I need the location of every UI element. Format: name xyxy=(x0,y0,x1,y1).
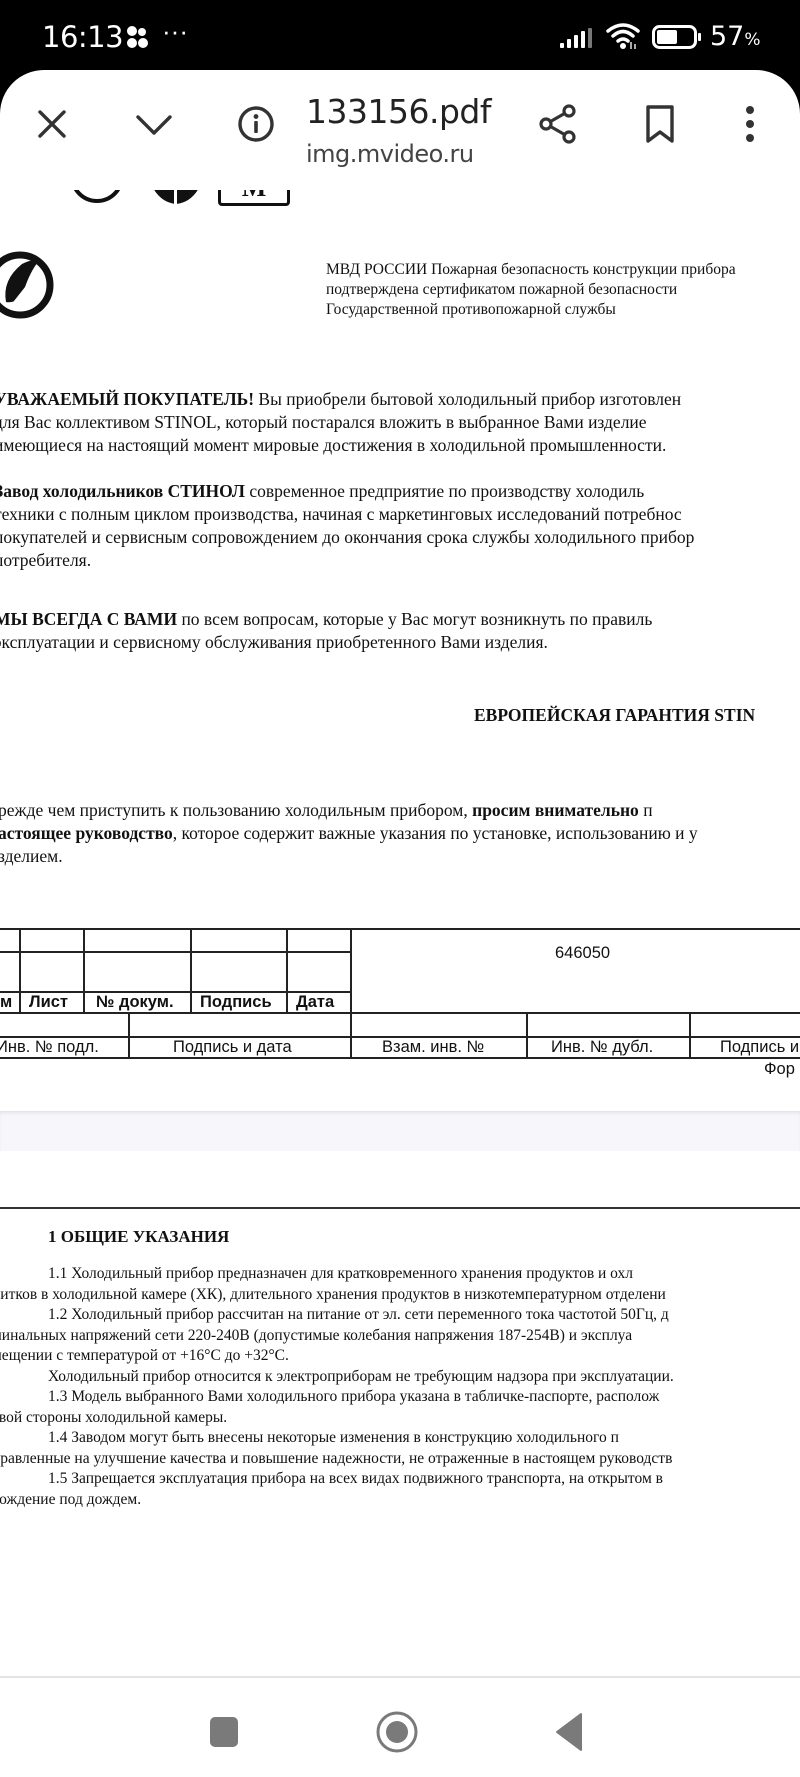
section-line: Холодильный прибор относится к электропр… xyxy=(0,1367,800,1388)
support-paragraph: МЫ ВСЕГДА С ВАМИ по всем вопросам, котор… xyxy=(0,608,800,654)
close-button[interactable] xyxy=(28,100,76,148)
instructions-paragraph: режде чем приступить к пользованию холод… xyxy=(0,799,800,868)
system-navigation-bar xyxy=(0,1676,800,1777)
fire-safety-logo-icon xyxy=(0,250,66,320)
m-mark-text: M xyxy=(242,190,267,202)
app-cluster-icon xyxy=(124,24,150,50)
section-heading: 1 ОБЩИЕ УКАЗАНИЯ xyxy=(48,1227,229,1247)
section-line: минальных напряжений сети 220-240В (допу… xyxy=(0,1326,800,1347)
back-button[interactable] xyxy=(546,1708,594,1756)
cell-signature-date: Подпись и дата xyxy=(173,1038,292,1057)
para-line: техники с полным циклом производства, на… xyxy=(0,503,800,526)
home-icon xyxy=(375,1710,419,1754)
para-bold: просим внимательно xyxy=(472,800,639,820)
para-line: для Вас коллективом STINOL, который пост… xyxy=(0,411,800,434)
section-line: мещении с температурой от +16°С до +32°С… xyxy=(0,1346,800,1367)
section-line: 1.4 Заводом могут быть внесены некоторые… xyxy=(0,1428,800,1449)
format-label: Фор xyxy=(764,1060,795,1079)
greeting-bold: УВАЖАЕМЫЙ ПОКУПАТЕЛЬ! xyxy=(0,389,254,409)
close-icon xyxy=(34,106,70,142)
recent-apps-icon xyxy=(208,1715,240,1749)
section-line: 1.1 Холодильный прибор предназначен для … xyxy=(0,1264,800,1285)
share-button[interactable] xyxy=(534,100,582,148)
chevron-down-icon xyxy=(134,109,174,139)
section-line: правленные на улучшение качества и повыш… xyxy=(0,1449,800,1470)
cell-inv-dubl: Инв. № дубл. xyxy=(551,1038,653,1057)
cert-line: МВД РОССИИ Пожарная безопасность констру… xyxy=(326,260,796,280)
cell-inv-podl: Инв. № подл. xyxy=(0,1038,99,1057)
para-bold: астоящее руководство xyxy=(0,823,173,843)
cert-line: Государственной противопожарной службы xyxy=(326,300,796,320)
status-bar: 16:13 ··· 57% xyxy=(0,0,800,70)
section-line: питков в холодильной камере (ХК), длител… xyxy=(0,1285,800,1306)
pdf-viewport[interactable]: M МВД РОССИИ Пожарная безопасность конст… xyxy=(0,190,800,1676)
header-cell-date: Дата xyxy=(296,993,334,1012)
pdf-page-1: M МВД РОССИИ Пожарная безопасность конст… xyxy=(0,190,800,1111)
factory-paragraph: Завод холодильников СТИНОЛ современное п… xyxy=(0,480,800,572)
document-number: 646050 xyxy=(555,944,610,963)
section-line: 1.5 Запрещается эксплуатация прибора на … xyxy=(0,1469,800,1490)
signal-icon xyxy=(560,28,596,48)
para-text: современное предприятие по производству … xyxy=(245,481,644,501)
minimize-button[interactable] xyxy=(130,100,178,148)
m-mark-logo: M xyxy=(218,190,290,206)
percent-sign: % xyxy=(744,30,760,50)
factory-bold: Завод холодильников СТИНОЛ xyxy=(0,481,245,501)
recent-apps-button[interactable] xyxy=(200,1708,248,1756)
section-body: 1.1 Холодильный прибор предназначен для … xyxy=(0,1264,800,1510)
para-text: Вы приобрели бытовой холодильный прибор … xyxy=(254,389,681,409)
page-info-button[interactable] xyxy=(232,100,280,148)
header-cell-list: Лист xyxy=(29,993,68,1012)
bookmark-icon xyxy=(643,104,677,144)
header-cell-signature: Подпись xyxy=(200,993,272,1012)
para-line: имеющиеся на настоящий момент мировые до… xyxy=(0,434,800,457)
bookmark-button[interactable] xyxy=(636,100,684,148)
cell-vzam-inv: Взам. инв. № xyxy=(382,1038,484,1057)
leaf-logo-icon xyxy=(146,190,206,206)
para-text: п xyxy=(639,800,653,820)
more-notifications-icon: ··· xyxy=(162,16,188,47)
more-vert-icon xyxy=(743,104,757,144)
section-line: 1.2 Холодильный прибор рассчитан на пита… xyxy=(0,1305,800,1326)
section-line: хождение под дождем. xyxy=(0,1490,800,1511)
page-header-rule xyxy=(0,1207,800,1209)
battery-percent-value: 57 xyxy=(710,21,744,52)
support-bold: МЫ ВСЕГДА С ВАМИ xyxy=(0,609,177,629)
para-text: по всем вопросам, которые у Вас могут во… xyxy=(177,609,652,629)
clock: 16:13 xyxy=(42,20,123,54)
pdf-viewer-toolbar: 133156.pdf img.mvideo.ru xyxy=(0,70,800,190)
para-line: зделием. xyxy=(0,845,800,868)
section-line: 1.3 Модель выбранного Вами холодильного … xyxy=(0,1387,800,1408)
para-line: эксплуатации и сервисному обслуживания п… xyxy=(0,631,800,654)
battery-percent: 57% xyxy=(710,21,761,52)
back-icon xyxy=(553,1712,587,1752)
pdf-page-2: 1 ОБЩИЕ УКАЗАНИЯ 1.1 Холодильный прибор … xyxy=(0,1151,800,1676)
circle-logo-icon xyxy=(68,190,126,206)
section-line: авой стороны холодильной камеры. xyxy=(0,1408,800,1429)
para-line: потребителя. xyxy=(0,549,800,572)
home-button[interactable] xyxy=(373,1708,421,1756)
para-text: режде чем приступить к пользованию холод… xyxy=(0,800,472,820)
header-cell-doc-no: № докум. xyxy=(96,993,174,1012)
info-icon xyxy=(236,104,276,144)
para-line: покупателей и сервисным сопровождением д… xyxy=(0,526,800,549)
title-block-table: 646050 м Лист № докум. Подпись Дата Инв.… xyxy=(0,928,800,1088)
cell-signature-date-2: Подпись и xyxy=(720,1038,799,1057)
page-separator xyxy=(0,1111,800,1151)
wifi-icon xyxy=(606,22,640,50)
warranty-heading: ЕВРОПЕЙСКАЯ ГАРАНТИЯ STIN xyxy=(474,705,755,726)
fire-safety-certificate-text: МВД РОССИИ Пожарная безопасность констру… xyxy=(326,260,796,320)
cert-line: подтверждена сертификатом пожарной безоп… xyxy=(326,280,796,300)
share-icon xyxy=(537,103,579,145)
header-cell-izm: м xyxy=(0,993,12,1012)
document-title: 133156.pdf xyxy=(306,92,491,131)
document-url[interactable]: img.mvideo.ru xyxy=(306,140,474,168)
para-text: , которое содержит важные указания по ус… xyxy=(173,823,698,843)
battery-icon xyxy=(652,25,702,49)
greeting-paragraph: УВАЖАЕМЫЙ ПОКУПАТЕЛЬ! Вы приобрели бытов… xyxy=(0,388,800,457)
more-options-button[interactable] xyxy=(726,100,774,148)
